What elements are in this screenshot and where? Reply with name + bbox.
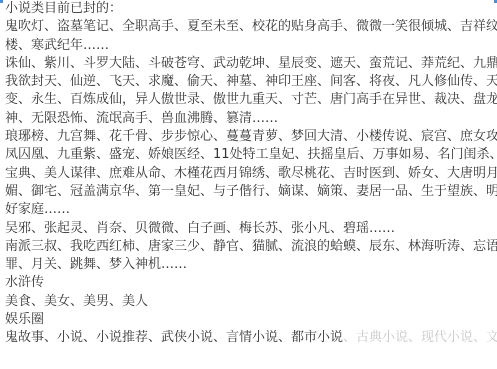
blocked-novel-list-document: 小说类目前已封的： 鬼吹灯、盗墓笔记、全职高手、夏至未至、校花的贴身高手、微微一… [5, 0, 493, 348]
intro-heading: 小说类目前已封的： [5, 0, 493, 18]
text-line: 南派三叔、我吃西红柿、唐家三少、静官、猫腻、流浪的蛤蟆、辰东、林海听涛、忘语、无 [5, 238, 493, 256]
text-line: 凤囚凰、九重紫、盛宠、娇娘医经、11处特工皇妃、扶摇皇后、万事如易、名门闺杀、原… [5, 146, 493, 164]
selection-marker-left [0, 0, 3, 3]
text-line: 吴邪、张起灵、肖奈、贝微微、白子画、梅长苏、张小凡、碧瑶…… [5, 220, 493, 238]
text-line: 楼、寒武纪年…… [5, 37, 493, 55]
text-line: 鬼吹灯、盗墓笔记、全职高手、夏至未至、校花的贴身高手、微微一笑很倾城、吉祥纹莲花 [5, 18, 493, 36]
keywords-faded: 、古典小说、现代小说、文学、 [343, 330, 497, 345]
text-line: 娱乐圈 [5, 311, 493, 329]
text-line: 宝典、美人谋律、庶难从命、木槿花西月锦绣、歌尽桃花、吉时医到、娇女、大唐明月、娥 [5, 165, 493, 183]
text-line: 好家庭…… [5, 201, 493, 219]
text-line: 神、无限恐怖、流氓高手、兽血沸腾、篡清…… [5, 110, 493, 128]
text-line: 我欲封天、仙逆、飞天、求魔、偷天、神墓、神印王座、间客、将夜、凡人修仙传、天珠 [5, 73, 493, 91]
text-line: 琅琊榜、九宫舞、花千骨、步步惊心、蔓蔓青萝、梦回大清、小楼传说、宸宫、庶女攻略、 [5, 128, 493, 146]
keywords-visible: 鬼故事、小说、小说推荐、武侠小说、言情小说、都市小说 [5, 330, 343, 345]
text-line: 诛仙、紫川、斗罗大陆、斗破苍穹、武动乾坤、星辰变、遮天、蛮荒记、莽荒纪、九鼎记、 [5, 55, 493, 73]
text-line: 水浒传 [5, 274, 493, 292]
text-line: 美食、美女、美男、美人 [5, 293, 493, 311]
last-text-line: 鬼故事、小说、小说推荐、武侠小说、言情小说、都市小说、古典小说、现代小说、文学、 [5, 329, 493, 347]
text-line: 媚、御宅、冠盖满京华、第一皇妃、与子偕行、嫡谋、嫡策、妻居一品、生于望族、明朝五 [5, 183, 493, 201]
text-line: 罪、月关、跳舞、梦入神机…… [5, 256, 493, 274]
text-line: 变、永生、百炼成仙，异人傲世录、傲世九重天、寸芒、唐门高手在异世、裁决、盘龙、狂 [5, 91, 493, 109]
